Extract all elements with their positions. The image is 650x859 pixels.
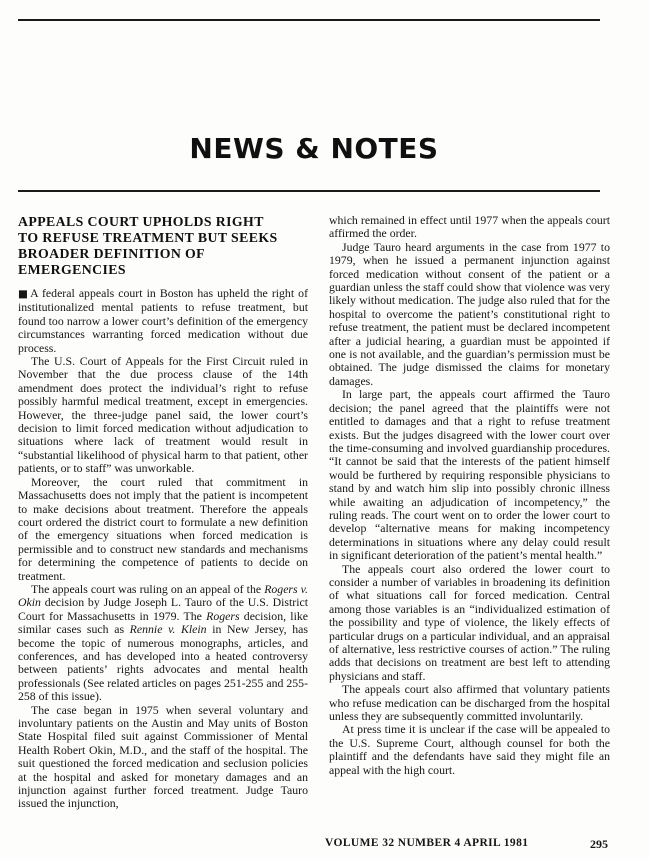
text-run: The case began in 1975 when several volu… xyxy=(18,703,308,811)
paragraph: Judge Tauro heard arguments in the case … xyxy=(329,241,610,388)
text-run: A federal appeals court in Boston has up… xyxy=(18,286,308,355)
text-run: At press time it is unclear if the case … xyxy=(329,722,610,776)
text-run: The appeals court also affirmed that vol… xyxy=(329,682,610,723)
paragraph: ■A federal appeals court in Boston has u… xyxy=(18,287,308,355)
paragraph: At press time it is unclear if the case … xyxy=(329,723,610,777)
column-left-paragraphs: ■A federal appeals court in Boston has u… xyxy=(18,287,308,811)
article-body: APPEALS COURT UPHOLDS RIGHTTO REFUSE TRE… xyxy=(18,214,610,820)
text-run: The U.S. Court of Appeals for the First … xyxy=(18,354,308,475)
case-citation: Rogers xyxy=(206,609,239,623)
header-rule xyxy=(18,190,600,192)
paragraph: which remained in effect until 1977 when… xyxy=(329,214,610,241)
text-run: In large part, the appeals court affirme… xyxy=(329,387,610,562)
headline-line: BROADER DEFINITION OF EMERGENCIES xyxy=(18,246,308,278)
paragraph: The appeals court also ordered the lower… xyxy=(329,563,610,684)
article-headline: APPEALS COURT UPHOLDS RIGHTTO REFUSE TRE… xyxy=(18,214,308,278)
case-citation: Rennie v. Klein xyxy=(130,622,207,636)
page-title: NEWS & NOTES xyxy=(0,132,628,165)
top-rule xyxy=(18,19,600,21)
text-run: The appeals court was ruling on an appea… xyxy=(31,582,264,596)
page-footer: VOLUME 32 NUMBER 4 APRIL 1981 295 xyxy=(18,837,610,853)
column-left: APPEALS COURT UPHOLDS RIGHTTO REFUSE TRE… xyxy=(18,214,308,820)
text-run: Judge Tauro heard arguments in the case … xyxy=(329,240,610,388)
text-run: The appeals court also ordered the lower… xyxy=(329,562,610,683)
footer-volume-line: VOLUME 32 NUMBER 4 APRIL 1981 xyxy=(325,837,528,849)
headline-line: TO REFUSE TREATMENT BUT SEEKS xyxy=(18,230,308,246)
paragraph: The appeals court also affirmed that vol… xyxy=(329,683,610,723)
paragraph: Moreover, the court ruled that commitmen… xyxy=(18,476,308,583)
article-start-square-icon: ■ xyxy=(18,288,29,300)
paragraph: In large part, the appeals court affirme… xyxy=(329,388,610,562)
text-run: which remained in effect until 1977 when… xyxy=(329,214,610,240)
paragraph: The case began in 1975 when several volu… xyxy=(18,704,308,811)
column-right-paragraphs: which remained in effect until 1977 when… xyxy=(329,214,610,777)
text-run: Moreover, the court ruled that commitmen… xyxy=(18,475,308,583)
footer-page-number: 295 xyxy=(590,837,608,852)
paragraph: The appeals court was ruling on an appea… xyxy=(18,583,308,704)
headline-line: APPEALS COURT UPHOLDS RIGHT xyxy=(18,214,308,230)
paragraph: The U.S. Court of Appeals for the First … xyxy=(18,355,308,476)
column-right: which remained in effect until 1977 when… xyxy=(329,214,610,820)
